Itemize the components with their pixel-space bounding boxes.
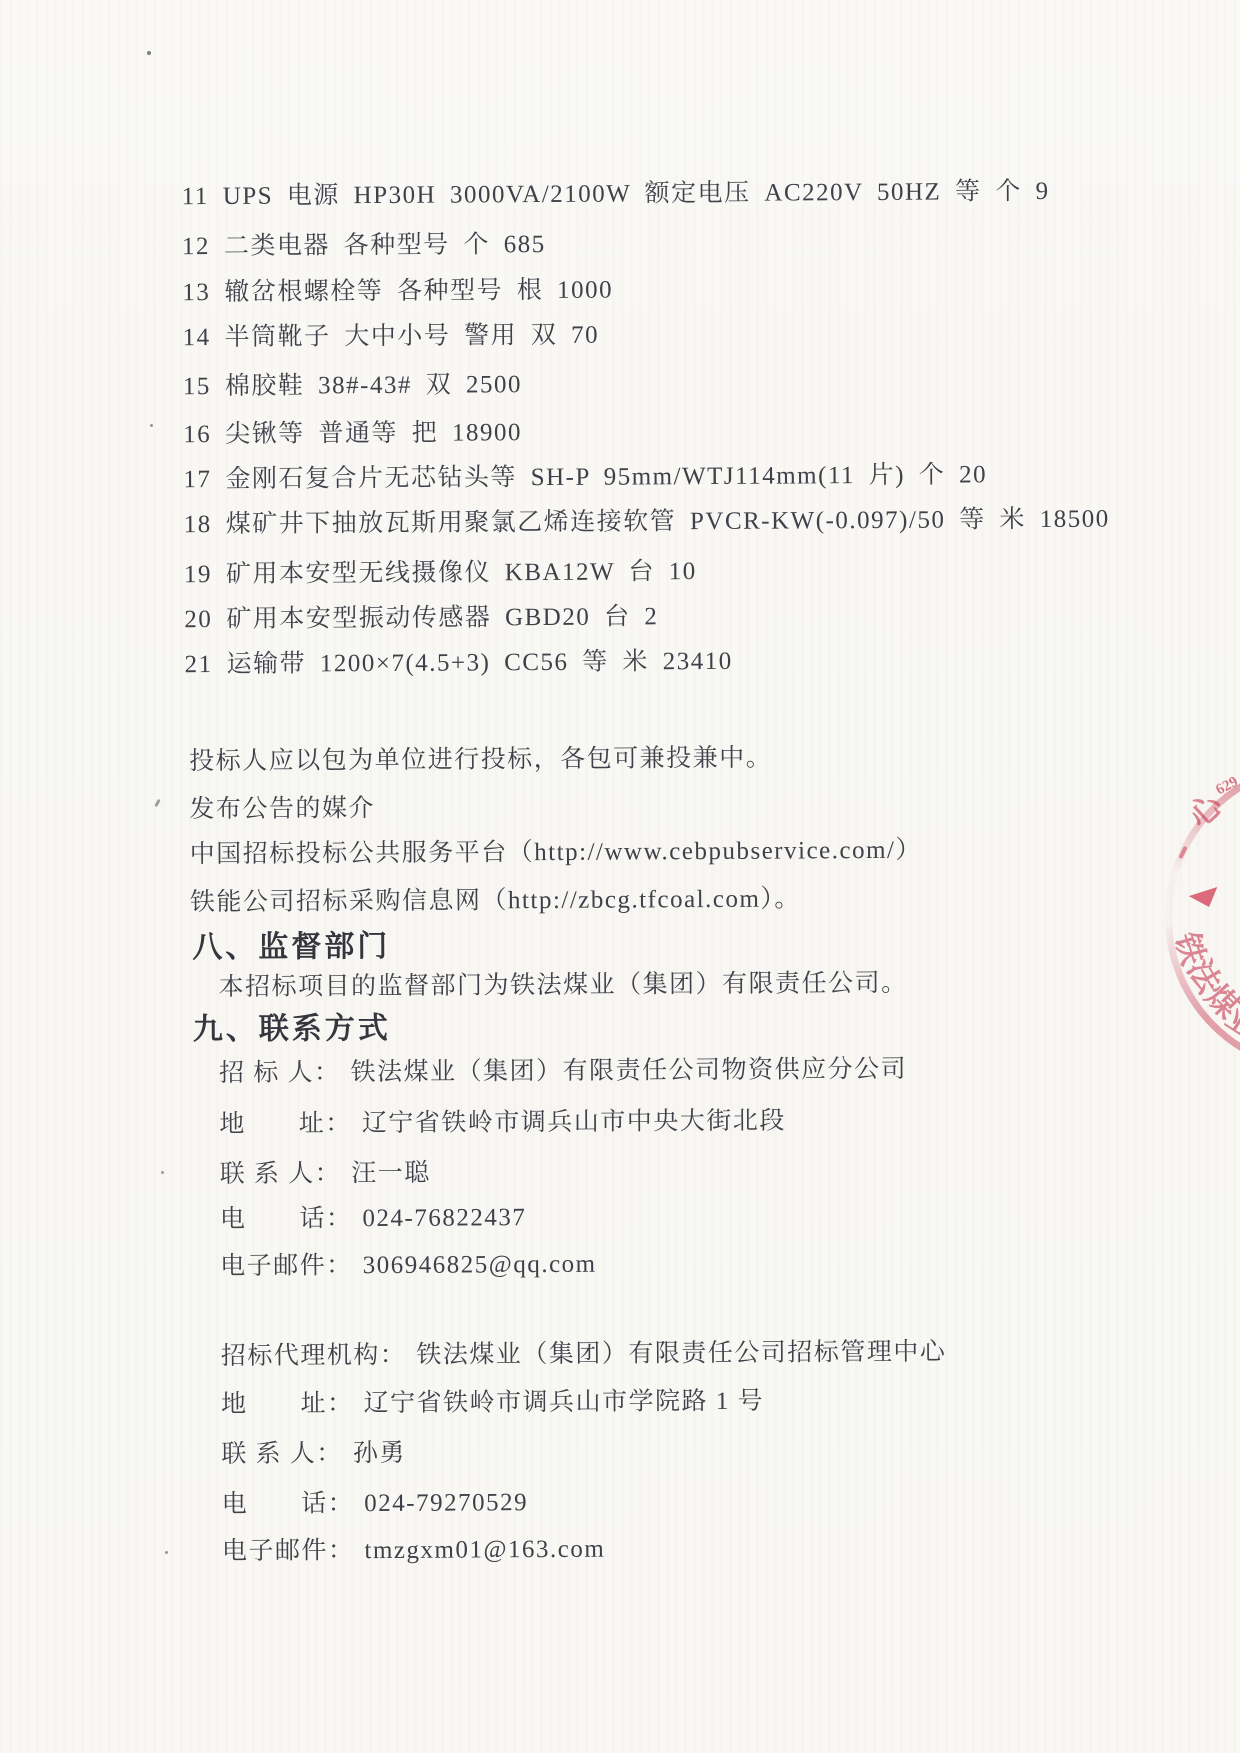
media-platform-2: 铁能公司招标采购信息网（http://zbcg.tfcoal.com）。 xyxy=(190,882,801,920)
list-item: 14半筒靴子 大中小号 警用 双 70 xyxy=(182,319,599,356)
section-9-heading: 九、联系方式 xyxy=(193,1012,391,1047)
contact-row-tenderer: 招 标 人：铁法煤业（集团）有限责任公司物资供应分公司 xyxy=(219,1053,907,1091)
contact-row-address: 地 址：辽宁省铁岭市调兵山市学院路 1 号 xyxy=(221,1385,764,1422)
list-item: 11UPS 电源 HP30H 3000VA/2100W 额定电压 AC220V … xyxy=(182,175,1050,214)
item-number: 15 xyxy=(183,370,211,404)
item-number: 14 xyxy=(182,321,210,355)
contact-value: 铁法煤业（集团）有限责任公司招标管理中心 xyxy=(416,1339,946,1369)
contact-row-person: 联 系 人：汪一聪 xyxy=(220,1157,431,1192)
contact-label: 联 系 人： xyxy=(220,1157,342,1192)
scan-speck xyxy=(150,424,153,427)
item-number: 21 xyxy=(184,648,212,682)
contact-label: 电 话： xyxy=(222,1487,355,1522)
scan-speck xyxy=(165,1551,168,1554)
list-item: 13辙岔根螺栓等 各种型号 根 1000 xyxy=(182,274,613,311)
media-heading: 发布公告的媒介 xyxy=(189,792,375,827)
section-8-body: 本招标项目的监督部门为铁法煤业（集团）有限责任公司。 xyxy=(218,967,907,1005)
contact-row-address: 地 址：辽宁省铁岭市调兵山市中央大街北段 xyxy=(219,1105,786,1142)
list-item: 12二类电器 各种型号 个 685 xyxy=(182,228,546,264)
section-8-heading: 八、监督部门 xyxy=(192,930,390,965)
contact-row-agency: 招标代理机构：铁法煤业（集团）有限责任公司招标管理中心 xyxy=(221,1336,947,1374)
document-content: 11UPS 电源 HP30H 3000VA/2100W 额定电压 AC220V … xyxy=(0,0,1240,1753)
list-item: 16尖锹等 普通等 把 18900 xyxy=(183,416,522,452)
contact-label: 招 标 人： xyxy=(219,1056,341,1091)
contact-label: 电 话： xyxy=(220,1202,353,1237)
item-number: 13 xyxy=(182,276,210,310)
bidding-note: 投标人应以包为单位进行投标，各包可兼投兼中。 xyxy=(189,742,772,780)
item-number: 16 xyxy=(183,418,211,452)
item-number: 20 xyxy=(184,603,212,637)
item-text: 辙岔根螺栓等 各种型号 根 1000 xyxy=(224,277,613,306)
item-text: 金刚石复合片无芯钻头等 SH-P 95mm/WTJ114mm(11 片) 个 2… xyxy=(225,461,987,493)
contact-row-phone: 电 话：024-79270529 xyxy=(222,1486,529,1522)
item-text: 矿用本安型无线摄像仪 KBA12W 台 10 xyxy=(226,558,697,588)
item-text: UPS 电源 HP30H 3000VA/2100W 额定电压 AC220V 50… xyxy=(223,178,1050,210)
item-text: 棉胶鞋 38#-43# 双 2500 xyxy=(225,371,522,400)
media-platform-1: 中国招标投标公共服务平台（http://www.cebpubservice.co… xyxy=(190,834,922,872)
contact-label: 地 址： xyxy=(219,1107,352,1142)
contact-value: tmzgxm01@163.com xyxy=(364,1536,605,1564)
contact-value: 024-76822437 xyxy=(362,1204,526,1232)
contact-label: 联 系 人： xyxy=(221,1437,343,1472)
contact-value: 辽宁省铁岭市调兵山市中央大街北段 xyxy=(362,1108,786,1138)
item-number: 17 xyxy=(183,463,211,497)
scanned-document-page: 11UPS 电源 HP30H 3000VA/2100W 额定电压 AC220V … xyxy=(0,0,1240,1753)
item-text: 矿用本安型振动传感器 GBD20 台 2 xyxy=(226,603,658,633)
item-text: 煤矿井下抽放瓦斯用聚氯乙烯连接软管 PVCR-KW(-0.097)/50 等 米… xyxy=(226,506,1110,538)
item-number: 19 xyxy=(184,558,212,592)
scan-speck xyxy=(161,1171,164,1174)
list-item: 18煤矿井下抽放瓦斯用聚氯乙烯连接软管 PVCR-KW(-0.097)/50 等… xyxy=(184,503,1110,543)
contact-label: 招标代理机构： xyxy=(221,1339,407,1374)
item-number: 11 xyxy=(182,180,209,214)
contact-row-person: 联 系 人：孙勇 xyxy=(221,1437,406,1472)
item-text: 二类电器 各种型号 个 685 xyxy=(224,231,546,260)
contact-value: 306946825@qq.com xyxy=(363,1251,597,1279)
contact-value: 孙勇 xyxy=(353,1440,406,1467)
item-text: 尖锹等 普通等 把 18900 xyxy=(225,419,522,448)
contact-row-phone: 电 话：024-76822437 xyxy=(220,1201,527,1237)
list-item: 19矿用本安型无线摄像仪 KBA12W 台 10 xyxy=(184,555,697,592)
item-number: 18 xyxy=(184,508,212,542)
contact-label: 地 址： xyxy=(221,1387,354,1422)
contact-label: 电子邮件： xyxy=(222,1534,355,1569)
item-number: 12 xyxy=(182,230,210,264)
contact-value: 铁法煤业（集团）有限责任公司物资供应分公司 xyxy=(350,1056,907,1086)
list-item: 21运输带 1200×7(4.5+3) CC56 等 米 23410 xyxy=(184,645,732,682)
contact-value: 辽宁省铁岭市调兵山市学院路 1 号 xyxy=(364,1388,765,1417)
contact-value: 汪一聪 xyxy=(351,1160,431,1187)
list-item: 17金刚石复合片无芯钻头等 SH-P 95mm/WTJ114mm(11 片) 个… xyxy=(183,458,987,497)
contact-value: 024-79270529 xyxy=(364,1489,528,1517)
contact-row-email: 电子邮件：tmzgxm01@163.com xyxy=(222,1533,605,1569)
list-item: 15棉胶鞋 38#-43# 双 2500 xyxy=(183,368,522,404)
contact-label: 电子邮件： xyxy=(220,1249,353,1284)
item-text: 运输带 1200×7(4.5+3) CC56 等 米 23410 xyxy=(226,648,732,678)
contact-row-email: 电子邮件：306946825@qq.com xyxy=(220,1248,597,1284)
item-text: 半筒靴子 大中小号 警用 双 70 xyxy=(224,322,599,351)
scan-speck xyxy=(147,51,151,55)
list-item: 20矿用本安型振动传感器 GBD20 台 2 xyxy=(184,600,658,637)
